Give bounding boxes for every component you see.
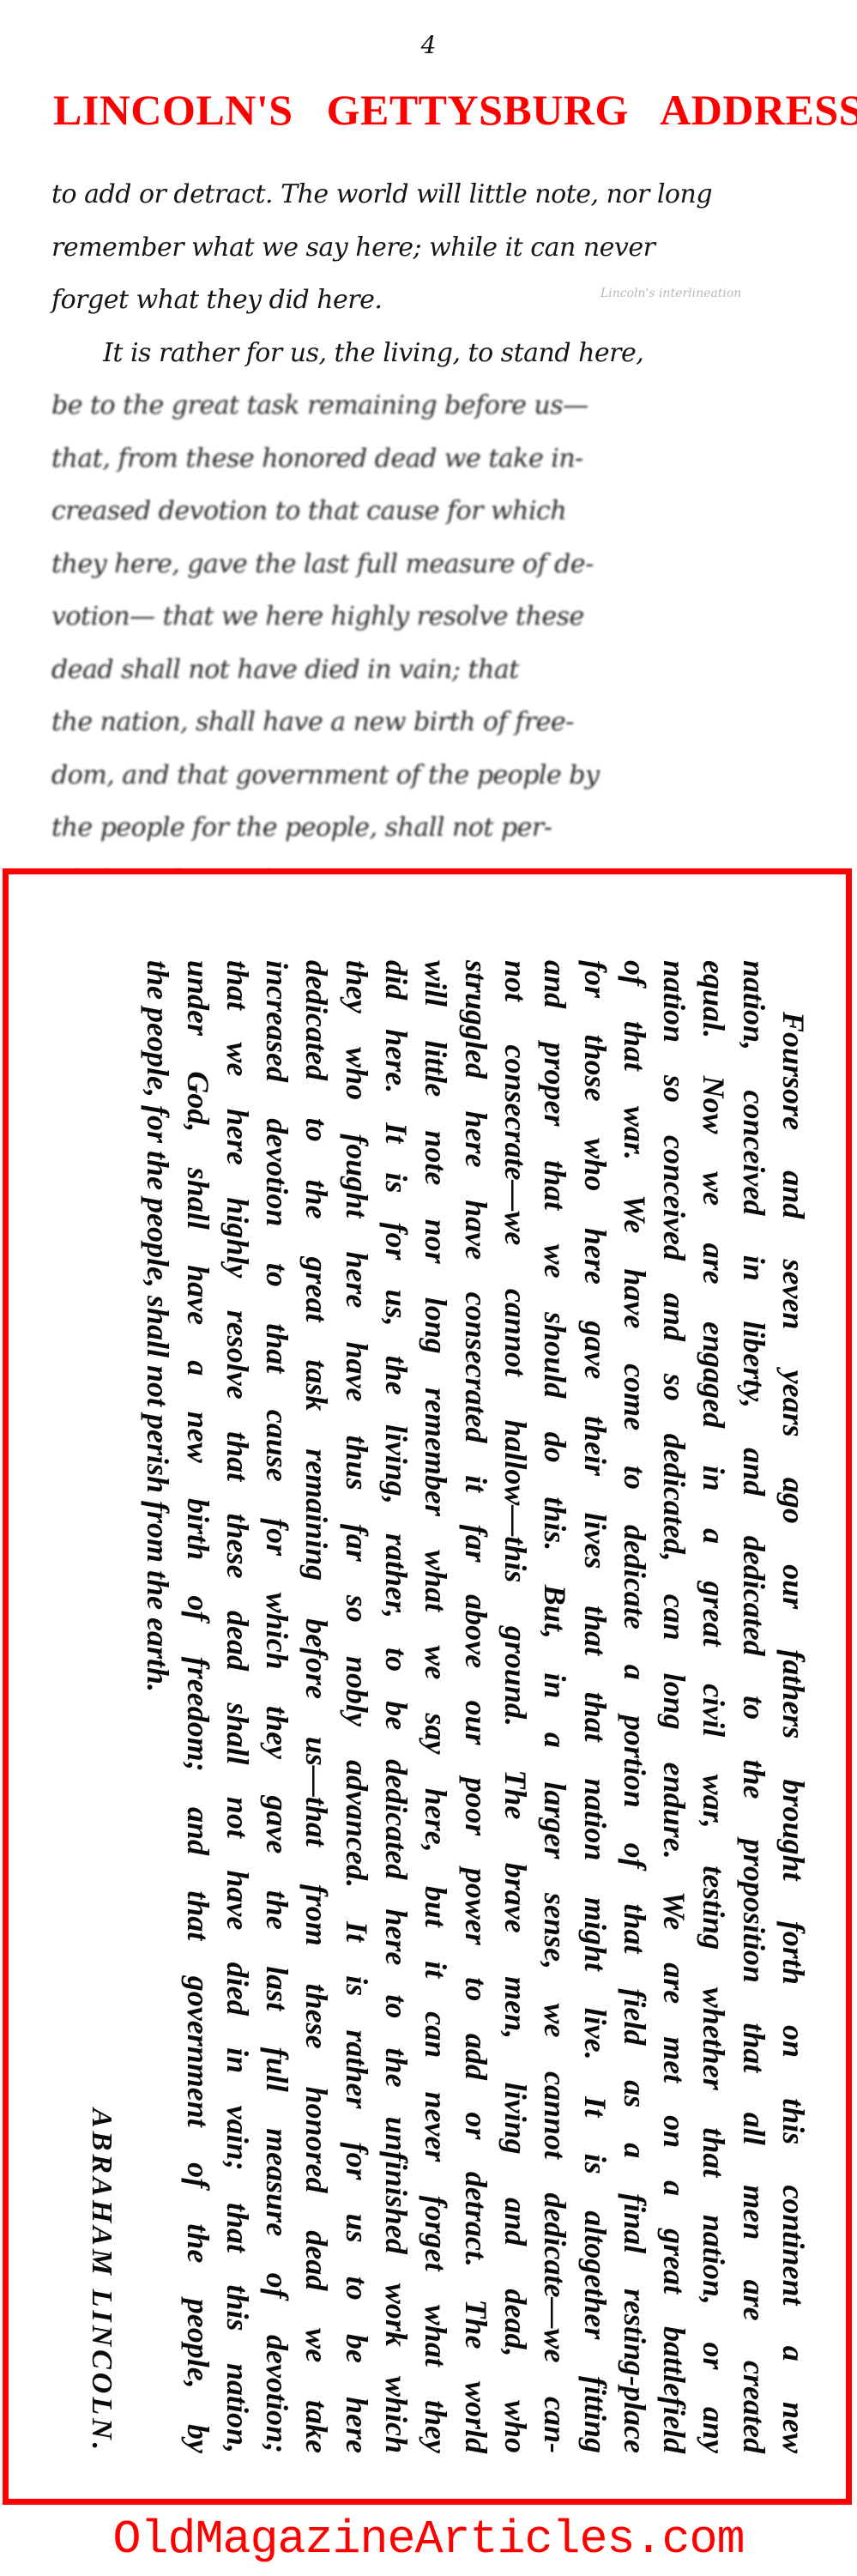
transcript-line: of that war. We have come to dedicate a … [615,960,655,2453]
manuscript-line: that, from these honored dead we take in… [51,432,789,486]
watermark-link[interactable]: OldMagazineArticles.com [0,2513,857,2567]
manuscript-line: dom, and that government of the people b… [51,749,789,802]
page-number: 4 [0,33,857,58]
signature: ABRAHAM LINCOLN. [80,960,123,2453]
manuscript-line: remember what we say here; while it can … [51,221,789,275]
transcript-line: nation, conceived in liberty, and dedica… [733,960,773,2453]
transcript-line: equal. Now we are engaged in a great civ… [694,960,733,2453]
transcript-line: Foursore and seven years ago our fathers… [774,960,813,2453]
manuscript-line: they here, gave the last full measure of… [51,538,789,591]
manuscript-line: to add or detract. The world will little… [51,168,789,221]
transcript-line: for those who here gave their lives that… [575,960,614,2453]
manuscript-line: It is rather for us, the living, to stan… [51,327,789,380]
transcript-line: increased devotion to that cause for whi… [257,960,297,2453]
manuscript-line: dead shall not have died in vain; that [51,644,789,697]
manuscript-line: be to the great task remaining before us… [51,379,789,432]
handwritten-manuscript-facsimile: Lincoln's interlineation to add or detra… [51,168,789,907]
manuscript-line: votion— that we here highly resolve thes… [51,590,789,644]
transcript-line: that we here highly resolve that these d… [218,960,257,2453]
transcript-line: dedicated to the great task remaining be… [297,960,336,2453]
manuscript-line: the people for the people, shall not per… [51,801,789,855]
transcript-line: and proper that we should do this. But, … [535,960,575,2453]
transcript-line: struggled here have consecrated it far a… [456,960,495,2453]
page-title: LINCOLN'S GETTYSBURG ADDRESS [53,86,817,134]
manuscript-line: creased devotion to that cause for which [51,485,789,538]
transcript-line: did here. It is for us, the living, rath… [377,960,416,2453]
transcript-line: they who fought here have thus far so no… [336,960,376,2453]
transcript-line: not consecrate—we cannot hallow—this gro… [496,960,535,2453]
manuscript-margin-note: Lincoln's interlineation [601,287,741,300]
transcript-line: will little note nor long remember what … [416,960,456,2453]
rotated-transcript: Foursore and seven years ago our fathers… [80,960,813,2453]
transcript-line: nation so conceived and so dedicated, ca… [655,960,694,2453]
transcript-line: the people, for the people, shall not pe… [138,960,178,2453]
manuscript-line: the nation, shall have a new birth of fr… [51,696,789,749]
transcript-line: under God, shall have a new birth of fre… [178,960,217,2453]
transcript-frame: Foursore and seven years ago our fathers… [3,868,852,2505]
